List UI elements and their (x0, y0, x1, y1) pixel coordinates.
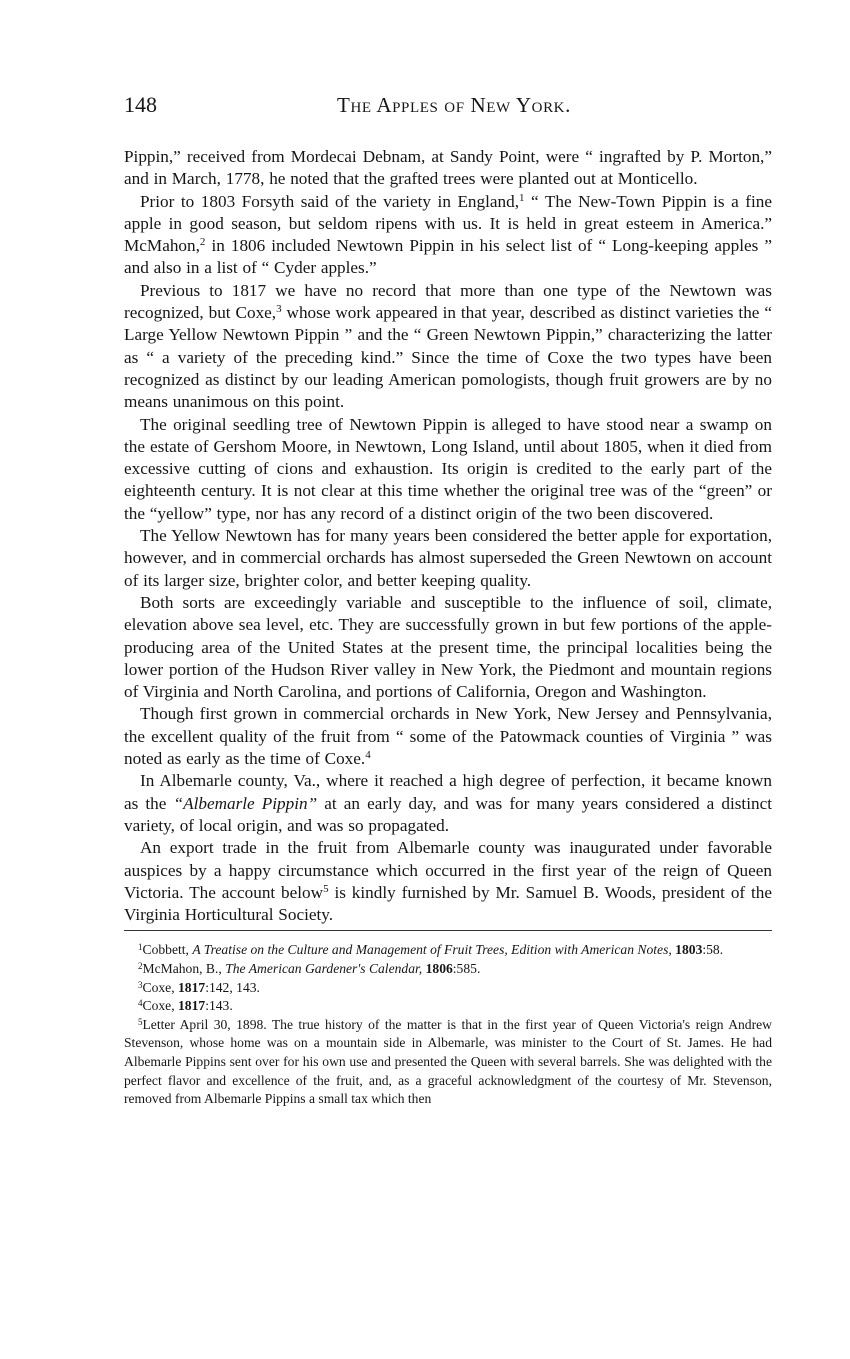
body-text: Pippin,” received from Mordecai Debnam, … (124, 146, 772, 926)
footnote: 3Coxe, 1817:142, 143. (124, 979, 772, 998)
book-page: 148 The Apples of New York. Pippin,” rec… (124, 92, 772, 1109)
paragraph: Pippin,” received from Mordecai Debnam, … (124, 146, 772, 191)
text-run: Pippin,” received from Mordecai Debnam, … (124, 147, 772, 188)
footnote: 1Cobbett, A Treatise on the Culture and … (124, 941, 772, 960)
page-header: 148 The Apples of New York. (124, 92, 772, 122)
text-run: The original seedling tree of Newtown Pi… (124, 415, 772, 523)
text-run: Prior to 1803 Forsyth said of the variet… (140, 192, 519, 211)
page-number: 148 (124, 92, 157, 118)
text-run: :58. (702, 942, 723, 957)
text-run: :142, 143. (205, 980, 260, 995)
paragraph: The Yellow Newtown has for many years be… (124, 525, 772, 592)
text-run: Coxe, (143, 998, 179, 1013)
paragraph: Previous to 1817 we have no record that … (124, 280, 772, 414)
text-run: :585. (453, 961, 481, 976)
citation-year: 1817 (178, 998, 205, 1013)
footnote-reference: 4 (365, 749, 371, 761)
text-run: Coxe, (143, 980, 179, 995)
paragraph: Prior to 1803 Forsyth said of the variet… (124, 191, 772, 280)
citation-year: 1806 (426, 961, 453, 976)
paragraph: An export trade in the fruit from Albema… (124, 837, 772, 926)
footnotes: 1Cobbett, A Treatise on the Culture and … (124, 941, 772, 1108)
paragraph: Though first grown in commercial orchard… (124, 703, 772, 770)
footnote-divider (124, 930, 772, 931)
paragraph: Both sorts are exceedingly variable and … (124, 592, 772, 703)
footnote: 4Coxe, 1817:143. (124, 997, 772, 1016)
citation-year: 1803 (675, 942, 702, 957)
footnote: 2McMahon, B., The American Gardener's Ca… (124, 960, 772, 979)
italic-text: A Treatise on the Culture and Management… (192, 942, 671, 957)
paragraph: The original seedling tree of Newtown Pi… (124, 414, 772, 525)
citation-year: 1817 (178, 980, 205, 995)
italic-text: The American Gardener's Calendar, (225, 961, 422, 976)
paragraph: In Albemarle county, Va., where it reach… (124, 770, 772, 837)
running-title: The Apples of New York. (254, 93, 654, 118)
italic-text: “Albemarle Pippin” (174, 794, 318, 813)
text-run: McMahon, B., (143, 961, 226, 976)
text-run: Cobbett, (143, 942, 193, 957)
text-run: :143. (205, 998, 233, 1013)
text-run: Letter April 30, 1898. The true history … (124, 1017, 772, 1106)
text-run: Though first grown in commercial orchard… (124, 704, 772, 768)
footnote: 5Letter April 30, 1898. The true history… (124, 1016, 772, 1109)
text-run: in 1806 included Newtown Pippin in his s… (124, 236, 772, 277)
text-run: The Yellow Newtown has for many years be… (124, 526, 772, 590)
text-run: Both sorts are exceedingly variable and … (124, 593, 772, 701)
